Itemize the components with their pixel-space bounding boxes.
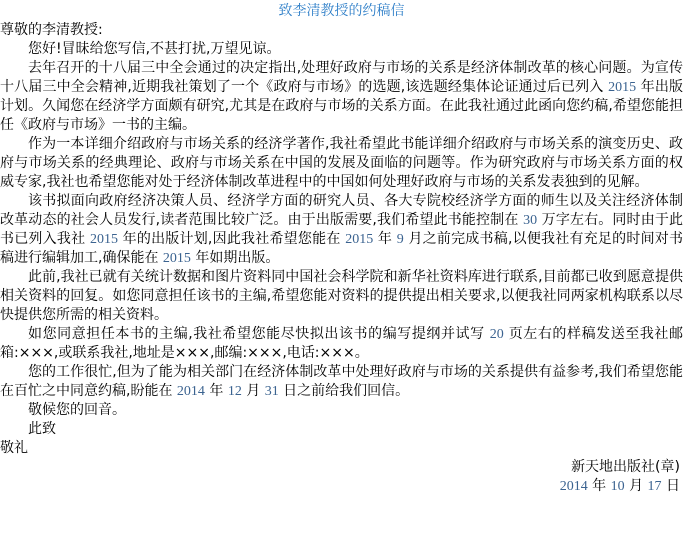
paragraph-reply-deadline: 您的工作很忙,但为了能为相关部门在经济体制改革中处理好政府与市场的关系提供有益参… [0,363,683,401]
salutation: 尊敬的李清教授: [0,21,683,40]
paragraph-await-reply: 敬候您的回音。 [0,401,683,420]
paragraph-audience-and-schedule: 该书拟面向政府经济决策人员、经济学方面的研究人员、各大专院校经济学方面的师生以及… [0,192,683,268]
closing-word: 敬礼 [0,439,683,458]
paragraph-cizhi: 此致 [0,420,683,439]
paragraph-greeting: 您好!冒昧给您写信,不甚打扰,万望见谅。 [0,40,683,59]
letter-title: 致李清教授的约稿信 [0,0,683,21]
paragraph-book-scope: 作为一本详细介绍政府与市场关系的经济学著作,我社希望此书能详细介绍政府与市场关系… [0,135,683,192]
paragraph-outline-request: 如您同意担任本书的主编,我社希望您能尽快拟出该书的编写提纲并试写 20 页左右的… [0,325,683,363]
paragraph-background-invitation: 去年召开的十八届三中全会通过的决定指出,处理好政府与市场的关系是经济体制改革的核… [0,59,683,135]
signature-block: 新天地出版社(章) 2014 年 10 月 17 日 [0,458,683,496]
paragraph-materials-support: 此前,我社已就有关统计数据和图片资料同中国社会科学院和新华社资料库进行联系,目前… [0,268,683,325]
letter-body: 尊敬的李清教授: 您好!冒昧给您写信,不甚打扰,万望见谅。 去年召开的十八届三中… [0,21,683,496]
signature-date: 2014 年 10 月 17 日 [0,477,680,496]
signature-organization: 新天地出版社(章) [0,458,680,477]
letter-page: 致李清教授的约稿信 尊敬的李清教授: 您好!冒昧给您写信,不甚打扰,万望见谅。 … [0,0,683,538]
